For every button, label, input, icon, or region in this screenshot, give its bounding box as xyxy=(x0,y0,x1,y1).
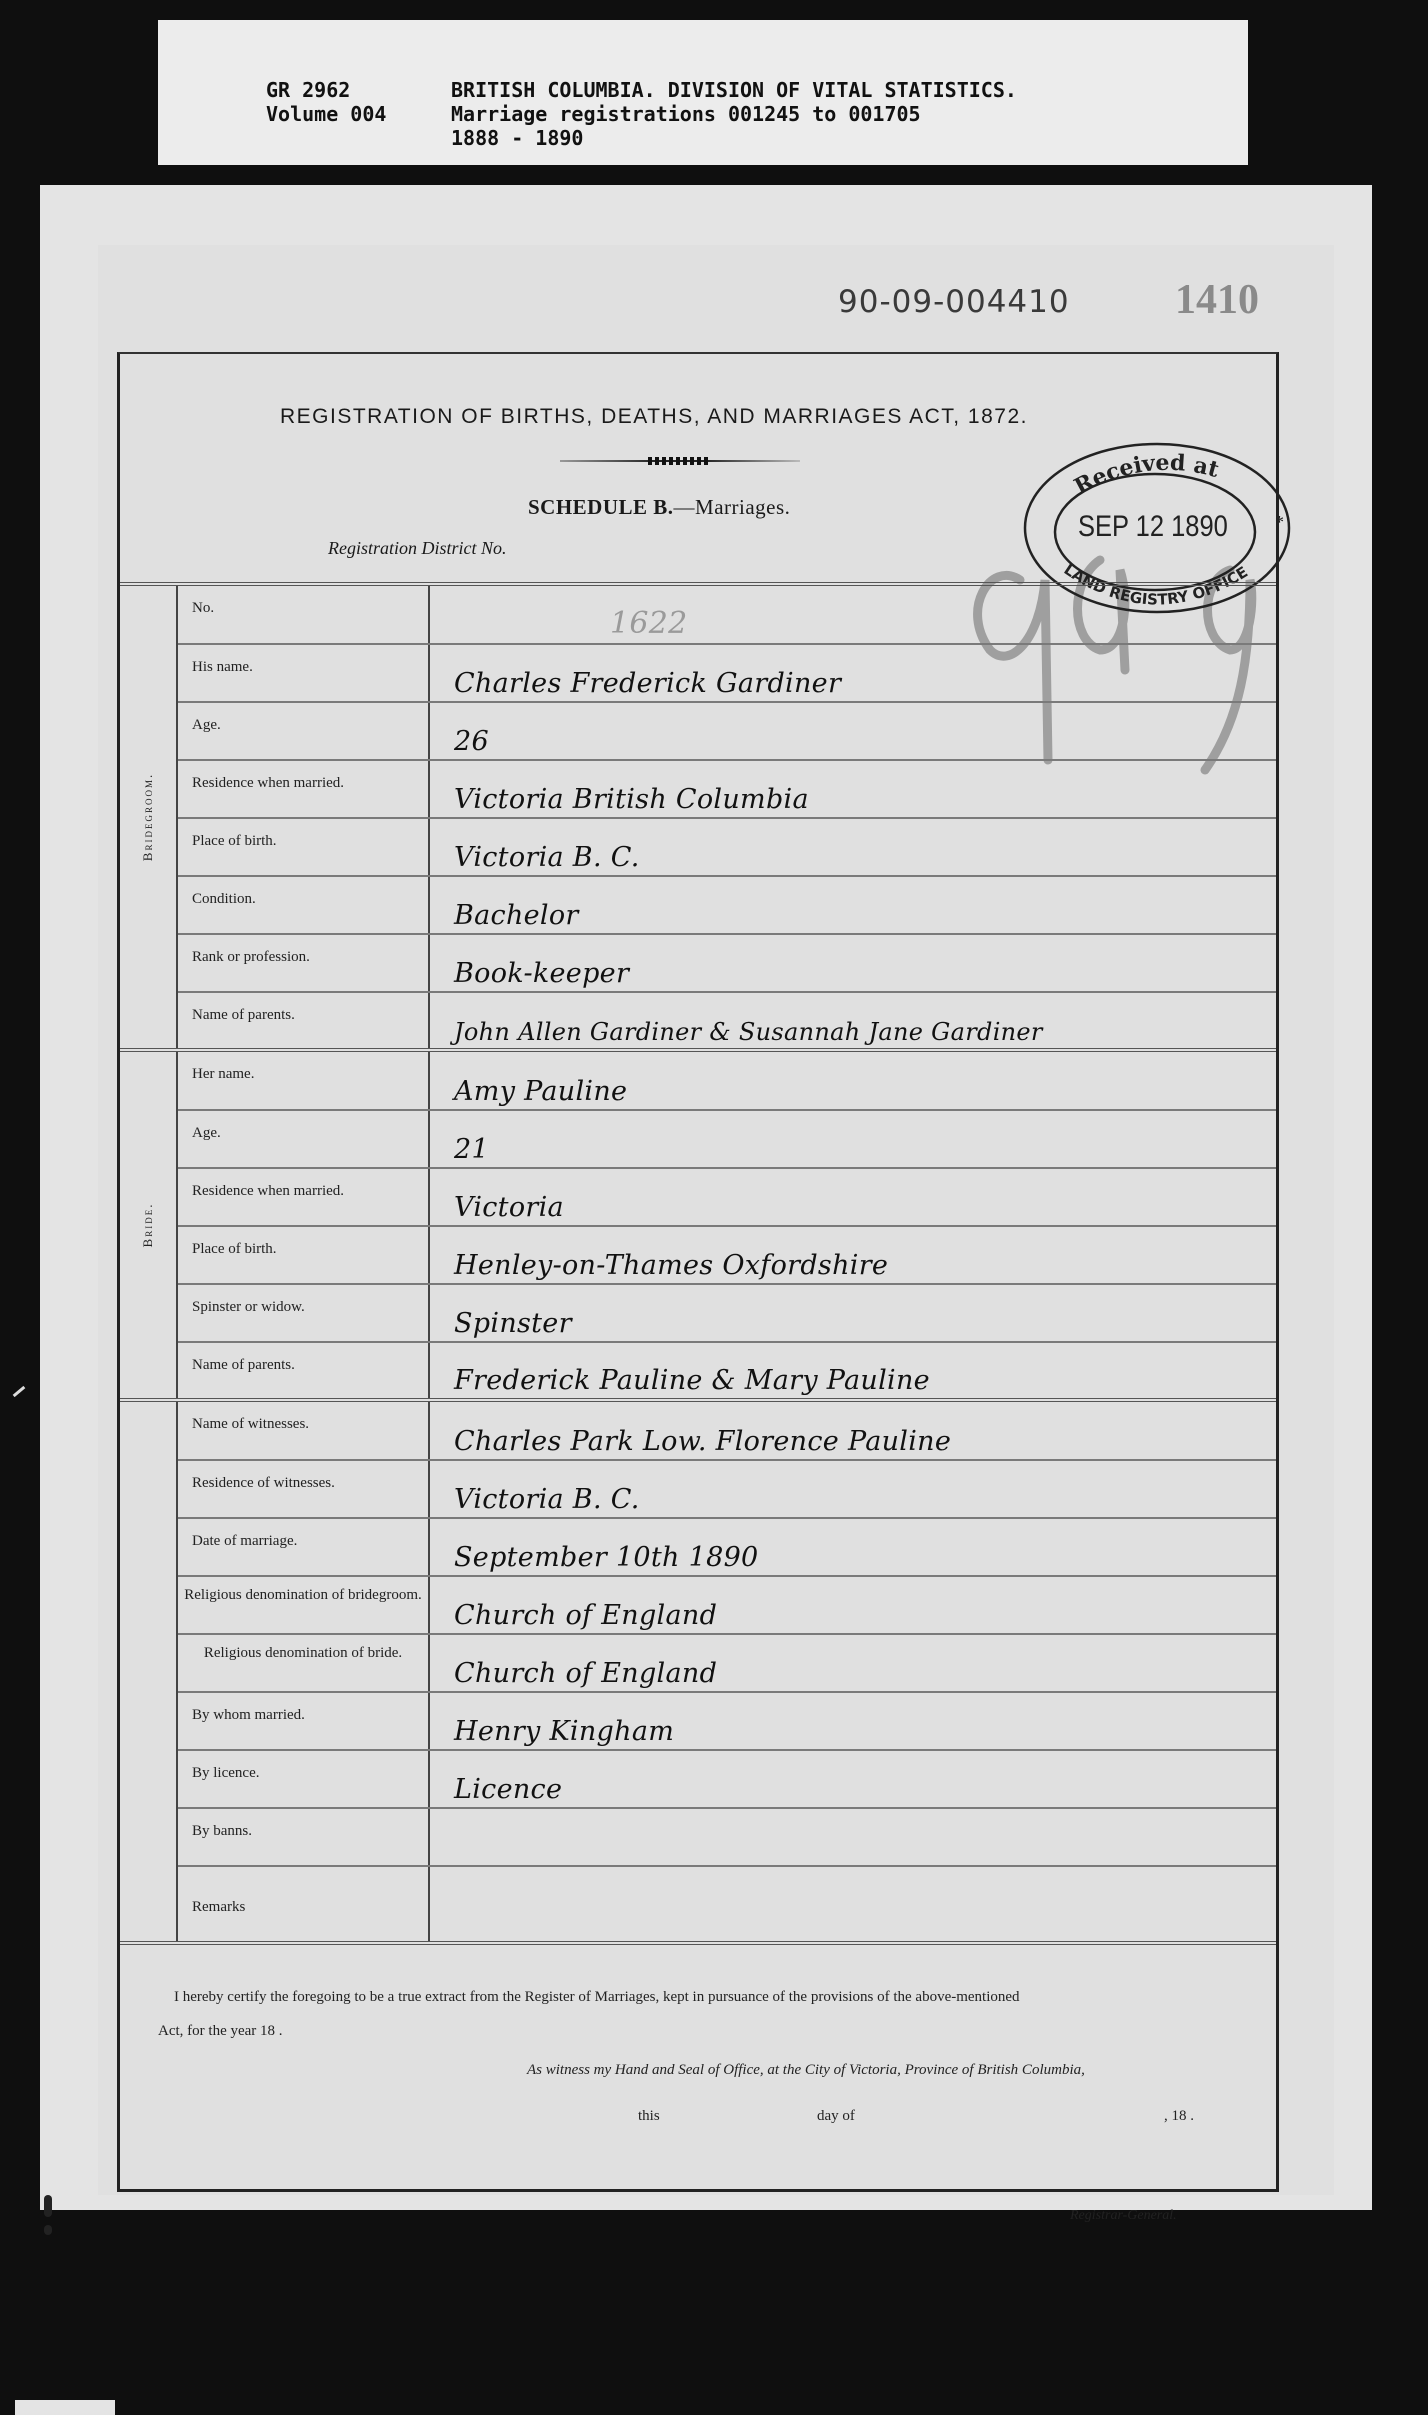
act-title: REGISTRATION OF BIRTHS, DEATHS, AND MARR… xyxy=(280,405,1028,429)
table-row: By banns. xyxy=(120,1808,1276,1866)
section-label: Bridegroom. xyxy=(140,773,156,861)
certification-text: I hereby certify the foregoing to be a t… xyxy=(158,1980,1268,2048)
witnesses-value: Charles Park Low. Florence Pauline xyxy=(429,1402,1276,1460)
bride-age-value: 21 xyxy=(429,1110,1276,1168)
table-row: Residence of witnesses. Victoria B. C. xyxy=(120,1460,1276,1518)
registration-district-label: Registration District No. xyxy=(328,538,507,559)
table-row: Date of marriage. September 10th 1890 xyxy=(120,1518,1276,1576)
field-label: His name. xyxy=(177,644,429,702)
field-label: Age. xyxy=(177,702,429,760)
table-row: Remarks xyxy=(120,1866,1276,1943)
archive-agency: BRITISH COLUMBIA. DIVISION OF VITAL STAT… xyxy=(451,78,1017,102)
archive-series-block: GR 2962 Volume 004 xyxy=(266,78,386,126)
ornament-divider xyxy=(560,458,800,464)
table-row: Spinster or widow. Spinster xyxy=(120,1284,1276,1342)
table-row: Name of parents. Frederick Pauline & Mar… xyxy=(120,1342,1276,1400)
groom-profession-value: Book-keeper xyxy=(429,934,1276,992)
field-label: Her name. xyxy=(177,1052,429,1110)
certification-line-2: Act, for the year 18 . xyxy=(158,2014,1268,2048)
field-label: Name of parents. xyxy=(177,1342,429,1400)
table-row: Name of witnesses. Charles Park Low. Flo… xyxy=(120,1402,1276,1460)
table-row: Place of birth. Victoria B. C. xyxy=(120,818,1276,876)
reference-number: 90-09-004410 xyxy=(838,284,1070,320)
field-label: By banns. xyxy=(177,1808,429,1866)
field-label: Place of birth. xyxy=(177,818,429,876)
groom-age-value: 26 xyxy=(429,702,1276,760)
field-label: Name of parents. xyxy=(177,992,429,1050)
witness-residence-value: Victoria B. C. xyxy=(429,1460,1276,1518)
table-row: Religious denomination of bridegroom. Ch… xyxy=(120,1576,1276,1634)
binding-hole xyxy=(44,2225,52,2235)
marriage-date-value: September 10th 1890 xyxy=(429,1518,1276,1576)
date-this: this xyxy=(638,2108,660,2125)
field-label: Rank or profession. xyxy=(177,934,429,992)
groom-residence-value: Victoria British Columbia xyxy=(429,760,1276,818)
table-row: By licence. Licence xyxy=(120,1750,1276,1808)
table-row: Name of parents. John Allen Gardiner & S… xyxy=(120,992,1276,1050)
bride-birthplace-value: Henley-on-Thames Oxfordshire xyxy=(429,1226,1276,1284)
scan-mark xyxy=(13,1386,26,1397)
field-label: By whom married. xyxy=(177,1692,429,1750)
field-label: No. xyxy=(177,586,429,644)
bride-name-value: Amy Pauline xyxy=(429,1052,1276,1110)
field-label: Spinster or widow. xyxy=(177,1284,429,1342)
field-label: Remarks xyxy=(177,1866,429,1943)
table-row: Residence when married. Victoria xyxy=(120,1168,1276,1226)
table-row: Place of birth. Henley-on-Thames Oxfords… xyxy=(120,1226,1276,1284)
bride-condition-value: Spinster xyxy=(429,1284,1276,1342)
groom-name-value: Charles Frederick Gardiner xyxy=(429,644,1276,702)
table-row: Condition. Bachelor xyxy=(120,876,1276,934)
licence-value: Licence xyxy=(429,1750,1276,1808)
date-year: , 18 . xyxy=(1164,2108,1194,2125)
archive-date-range: 1888 - 1890 xyxy=(451,126,1017,150)
archive-label-card: GR 2962 Volume 004 BRITISH COLUMBIA. DIV… xyxy=(158,20,1248,165)
archive-volume: Volume 004 xyxy=(266,102,386,126)
bride-section-label: Bride. xyxy=(120,1052,177,1400)
section-label: Bride. xyxy=(140,1203,156,1248)
marriage-register-table: Bridegroom. No. 1622 His name. Charles F… xyxy=(120,582,1276,1945)
stamp-star: * xyxy=(1275,512,1284,533)
field-label: Religious denomination of bridegroom. xyxy=(177,1576,429,1634)
registration-number-value: 1622 xyxy=(429,586,1276,644)
schedule-label: SCHEDULE B. xyxy=(528,495,674,519)
certification-line-1: I hereby certify the foregoing to be a t… xyxy=(158,1980,1268,2014)
field-label: By licence. xyxy=(177,1750,429,1808)
schedule-subtitle: —Marriages. xyxy=(674,495,791,519)
table-row: Bride. Her name. Amy Pauline xyxy=(120,1052,1276,1110)
schedule-title: SCHEDULE B.—Marriages. xyxy=(528,495,790,520)
bride-parents-value: Frederick Pauline & Mary Pauline xyxy=(429,1342,1276,1400)
table-row: Rank or profession. Book-keeper xyxy=(120,934,1276,992)
field-label: Religious denomination of bride. xyxy=(177,1634,429,1692)
field-label: Name of witnesses. xyxy=(177,1402,429,1460)
witness-statement: As witness my Hand and Seal of Office, a… xyxy=(527,2062,1085,2079)
field-label: Condition. xyxy=(177,876,429,934)
groom-condition-value: Bachelor xyxy=(429,876,1276,934)
binding-hole xyxy=(44,2195,52,2217)
field-label: Residence when married. xyxy=(177,1168,429,1226)
table-row: Age. 26 xyxy=(120,702,1276,760)
bride-residence-value: Victoria xyxy=(429,1168,1276,1226)
banns-value xyxy=(429,1808,1276,1866)
field-label: Residence when married. xyxy=(177,760,429,818)
groom-parents-value: John Allen Gardiner & Susannah Jane Gard… xyxy=(429,992,1276,1050)
groom-birthplace-value: Victoria B. C. xyxy=(429,818,1276,876)
svg-text:Received at: Received at xyxy=(1070,450,1222,500)
table-row: His name. Charles Frederick Gardiner xyxy=(120,644,1276,702)
page-number: 1410 xyxy=(1175,276,1259,324)
stamp-date: SEP 12 1890 xyxy=(1078,510,1228,544)
table-row: By whom married. Henry Kingham xyxy=(120,1692,1276,1750)
archive-description: Marriage registrations 001245 to 001705 xyxy=(451,102,1017,126)
table-row: Bridegroom. No. 1622 xyxy=(120,586,1276,644)
archive-description-block: BRITISH COLUMBIA. DIVISION OF VITAL STAT… xyxy=(451,78,1017,150)
groom-religion-value: Church of England xyxy=(429,1576,1276,1634)
officiant-value: Henry Kingham xyxy=(429,1692,1276,1750)
registrar-signature-label: Registrar-General. xyxy=(1070,2208,1177,2224)
remarks-value xyxy=(429,1866,1276,1943)
field-label: Residence of witnesses. xyxy=(177,1460,429,1518)
field-label: Date of marriage. xyxy=(177,1518,429,1576)
table-row: Age. 21 xyxy=(120,1110,1276,1168)
table-row: Religious denomination of bride. Church … xyxy=(120,1634,1276,1692)
bride-religion-value: Church of England xyxy=(429,1634,1276,1692)
archive-series: GR 2962 xyxy=(266,78,386,102)
bridegroom-section-label: Bridegroom. xyxy=(120,586,177,1050)
field-label: Age. xyxy=(177,1110,429,1168)
date-day-of: day of xyxy=(817,2108,855,2125)
ceremony-section xyxy=(120,1402,177,1943)
scan-tab xyxy=(15,2400,115,2415)
table-row: Residence when married. Victoria British… xyxy=(120,760,1276,818)
field-label: Place of birth. xyxy=(177,1226,429,1284)
